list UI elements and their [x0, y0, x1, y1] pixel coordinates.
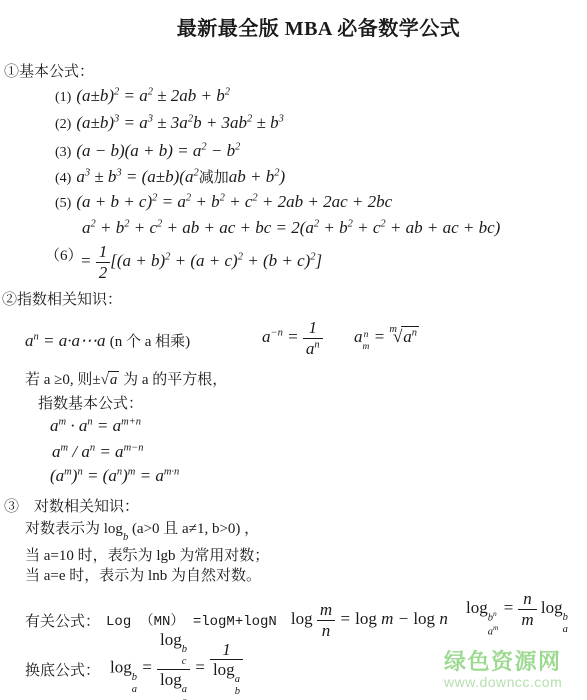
- formula-4-expression: a3 ± b3 = (a±b)(a2减加ab + b2): [76, 167, 285, 186]
- section3-heading: ③ 对数相关知识：: [4, 495, 139, 516]
- power-rule-formula: (am)n = (an)m = am·n: [50, 466, 179, 486]
- common-log-note: 当 a=10 时，表示为 lgb 为常用对数；: [25, 544, 269, 565]
- formula-2: (2)(a±b)3 = a3 ± 3a2b + 3ab2 ± b3: [55, 113, 284, 133]
- log-power-formula: logbnam = nm logba: [466, 592, 568, 636]
- negative-exponent-formula: a−n = 1an: [262, 318, 323, 358]
- log-quotient-formula: log mn = log m − log n: [291, 600, 448, 640]
- watermark-site-name: 绿色资源网: [444, 649, 562, 674]
- formula-4-number: (4): [55, 171, 71, 186]
- formula-6-number: （6）: [45, 244, 83, 265]
- log-product-formula: Log （MN） =logM+logN: [106, 610, 277, 630]
- fractional-exponent-formula: anm = m√an: [354, 324, 419, 354]
- formula-1-expression: (a±b)2 = a2 ± 2ab + b2: [76, 86, 230, 105]
- formula-2-number: (2): [55, 117, 71, 132]
- log-power-expression: logbnam = nm logba: [466, 589, 568, 639]
- formula-3: (3)(a − b)(a + b) = a2 − b2: [55, 141, 240, 161]
- product-rule-formula: am · an = am+n: [50, 416, 141, 436]
- exponent-basic-heading: 指数基本公式：: [38, 392, 143, 413]
- square-root-note: 若 a ≥0, 则±√a 为 a 的平方根，: [25, 368, 227, 389]
- related-formulas-label: 有关公式：: [25, 610, 100, 631]
- formula-2-expression: (a±b)3 = a3 ± 3a2b + 3ab2 ± b3: [76, 113, 284, 132]
- formula-5-continued: a2 + b2 + c2 + ab + ac + bc = 2(a2 + b2 …: [82, 218, 500, 238]
- watermark-url: www.downcc.com: [444, 674, 562, 690]
- document-page: 最新最全版 MBA 必备数学公式 ①基本公式： (1)(a±b)2 = a2 ±…: [0, 0, 587, 700]
- formula-3-expression: (a − b)(a + b) = a2 − b2: [76, 141, 240, 160]
- formula-1: (1)(a±b)2 = a2 ± 2ab + b2: [55, 86, 230, 106]
- formula-5-expression: (a + b + c)2 = a2 + b2 + c2 + 2ab + 2ac …: [76, 192, 392, 211]
- formula-4: (4)a3 ± b3 = (a±b)(a2减加ab + b2): [55, 166, 285, 187]
- watermark: 绿色资源网 www.downcc.com: [444, 649, 562, 690]
- section1-heading: ①基本公式：: [4, 60, 94, 81]
- formula-6-expression: = 12[(a + b)2 + (a + c)2 + (b + c)2]: [80, 242, 322, 282]
- base-change-row: 换底公式： logba = logbclogac = 1logab: [25, 644, 243, 694]
- formula-1-number: (1): [55, 90, 71, 105]
- formula-5-number: (5): [55, 196, 71, 211]
- formula-5: (5)(a + b + c)2 = a2 + b2 + c2 + 2ab + 2…: [55, 192, 392, 212]
- base-change-label: 换底公式：: [25, 659, 100, 680]
- page-title: 最新最全版 MBA 必备数学公式: [0, 12, 587, 41]
- quotient-rule-formula: am / an = am−n: [52, 442, 143, 462]
- exponent-definition-formula: an = a·a⋯a (n 个 a 相乘): [25, 330, 190, 351]
- formula-3-number: (3): [55, 145, 71, 160]
- section2-heading: ②指数相关知识：: [2, 288, 122, 309]
- natural-log-note: 当 a=e 时，表示为 lnb 为自然对数。: [25, 564, 261, 585]
- base-change-formula: logba = logbclogac = 1logab: [110, 630, 243, 700]
